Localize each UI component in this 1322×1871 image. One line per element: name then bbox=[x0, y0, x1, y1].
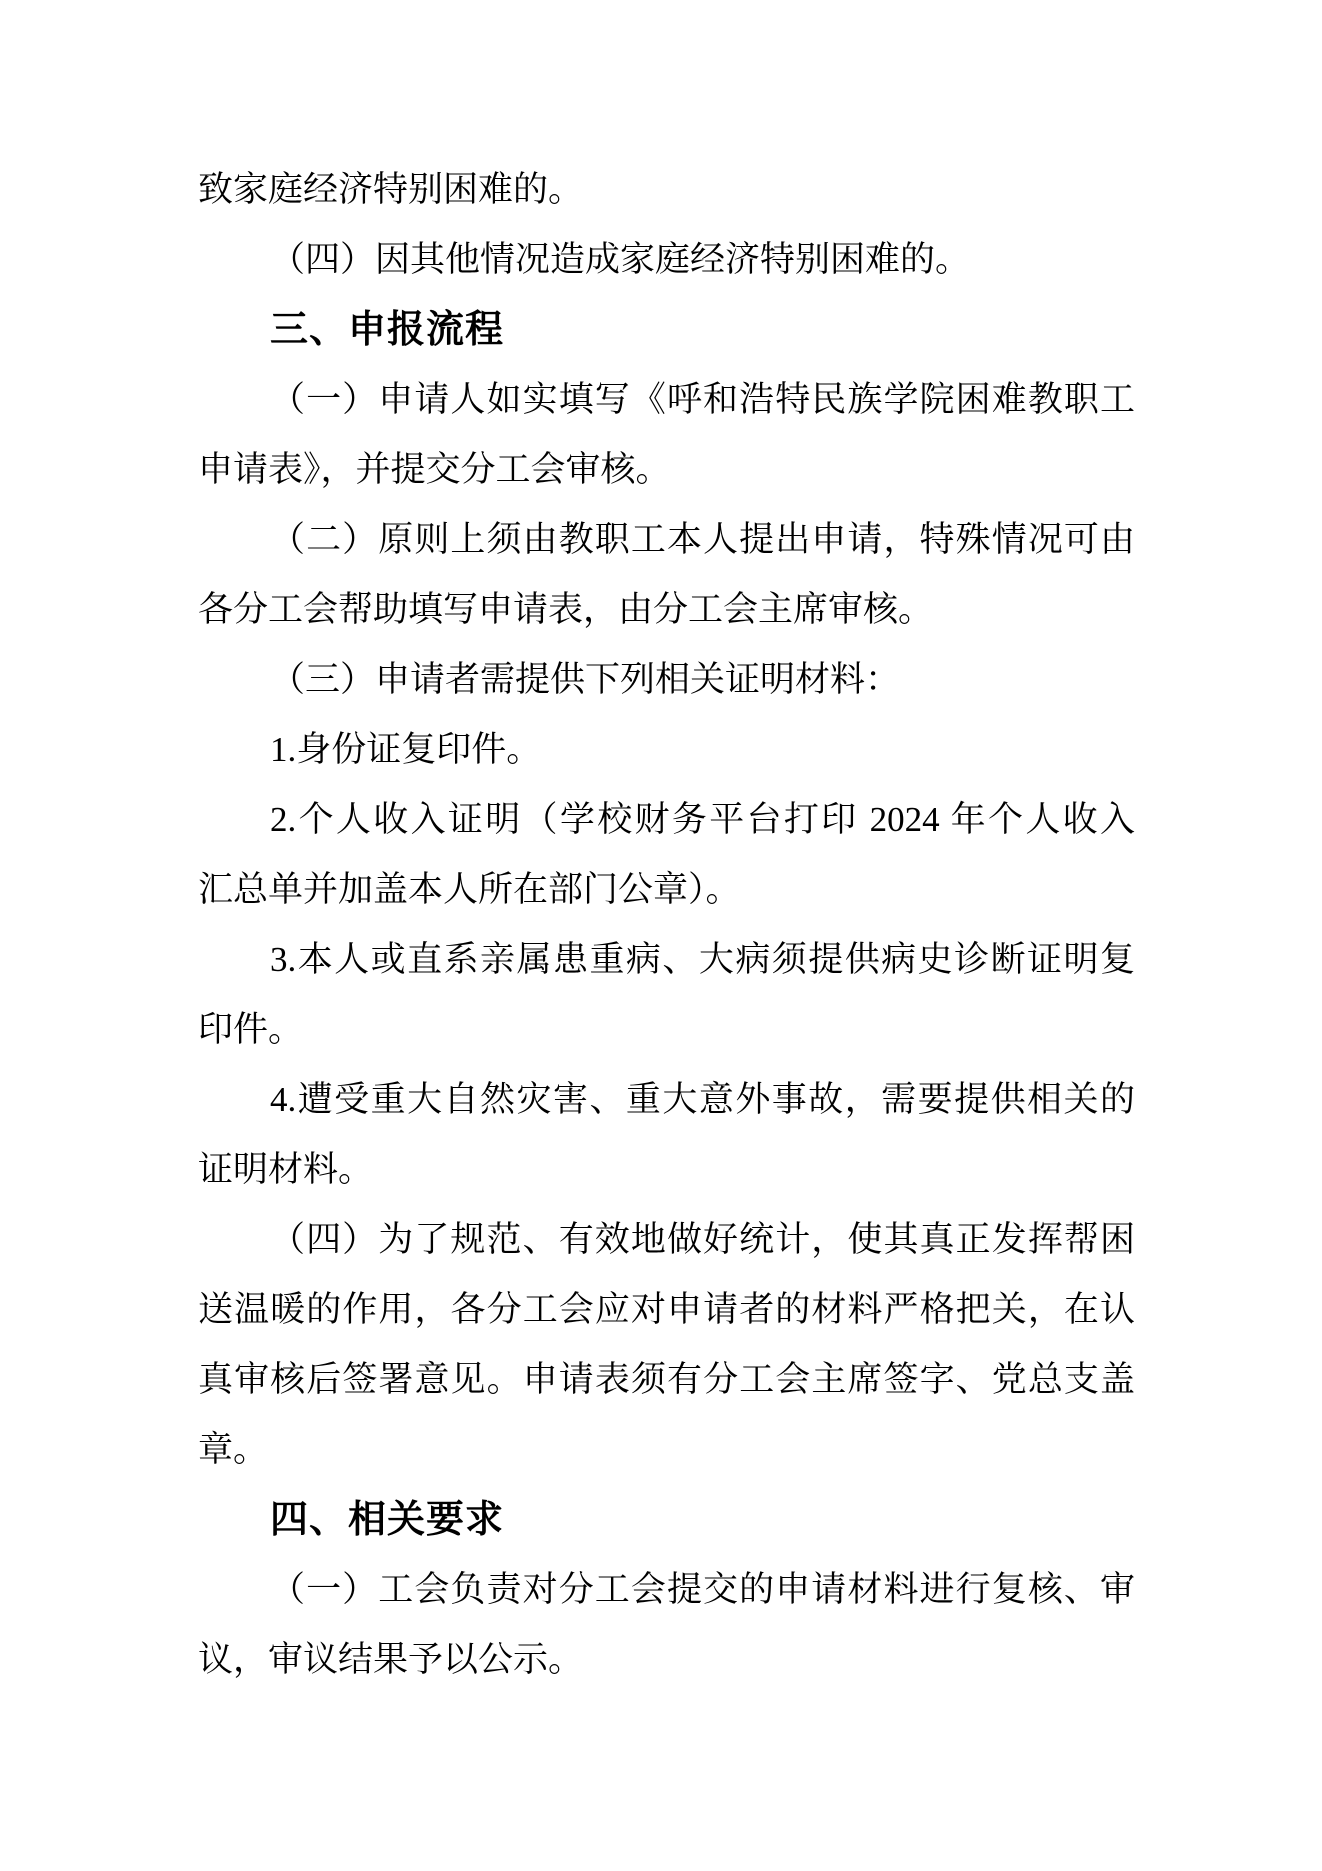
text-line: 汇总单并加盖本人所在部门公章）。 bbox=[198, 855, 1135, 925]
text-line: 1.身份证复印件。 bbox=[198, 715, 1135, 785]
text-line: 各分工会帮助填写申请表，由分工会主席审核。 bbox=[198, 575, 1135, 645]
section-heading: 三、申报流程 bbox=[198, 295, 1135, 365]
text-line: （三）申请者需提供下列相关证明材料： bbox=[198, 645, 1135, 715]
text-line: 证明材料。 bbox=[198, 1135, 1135, 1205]
text-line: 申请表》，并提交分工会审核。 bbox=[198, 435, 1135, 505]
text-line: （一）工会负责对分工会提交的申请材料进行复核、审 bbox=[198, 1555, 1135, 1625]
text-line: 议，审议结果予以公示。 bbox=[198, 1625, 1135, 1695]
text-line: 送温暖的作用，各分工会应对申请者的材料严格把关，在认 bbox=[198, 1275, 1135, 1345]
text-line: 印件。 bbox=[198, 995, 1135, 1065]
page-content: 致家庭经济特别困难的。（四）因其他情况造成家庭经济特别困难的。三、申报流程（一）… bbox=[198, 155, 1135, 1695]
text-line: 2.个人收入证明（学校财务平台打印 2024 年个人收入 bbox=[198, 785, 1135, 855]
section-heading: 四、相关要求 bbox=[198, 1485, 1135, 1555]
text-line: （二）原则上须由教职工本人提出申请，特殊情况可由 bbox=[198, 505, 1135, 575]
text-line: 4.遭受重大自然灾害、重大意外事故，需要提供相关的 bbox=[198, 1065, 1135, 1135]
text-line: 3.本人或直系亲属患重病、大病须提供病史诊断证明复 bbox=[198, 925, 1135, 995]
text-line: 真审核后签署意见。申请表须有分工会主席签字、党总支盖 bbox=[198, 1345, 1135, 1415]
text-line: （四）因其他情况造成家庭经济特别困难的。 bbox=[198, 225, 1135, 295]
text-line: （四）为了规范、有效地做好统计，使其真正发挥帮困 bbox=[198, 1205, 1135, 1275]
text-line: 致家庭经济特别困难的。 bbox=[198, 155, 1135, 225]
document-page: 致家庭经济特别困难的。（四）因其他情况造成家庭经济特别困难的。三、申报流程（一）… bbox=[0, 0, 1322, 1871]
text-line: 章。 bbox=[198, 1415, 1135, 1485]
text-line: （一）申请人如实填写《呼和浩特民族学院困难教职工 bbox=[198, 365, 1135, 435]
